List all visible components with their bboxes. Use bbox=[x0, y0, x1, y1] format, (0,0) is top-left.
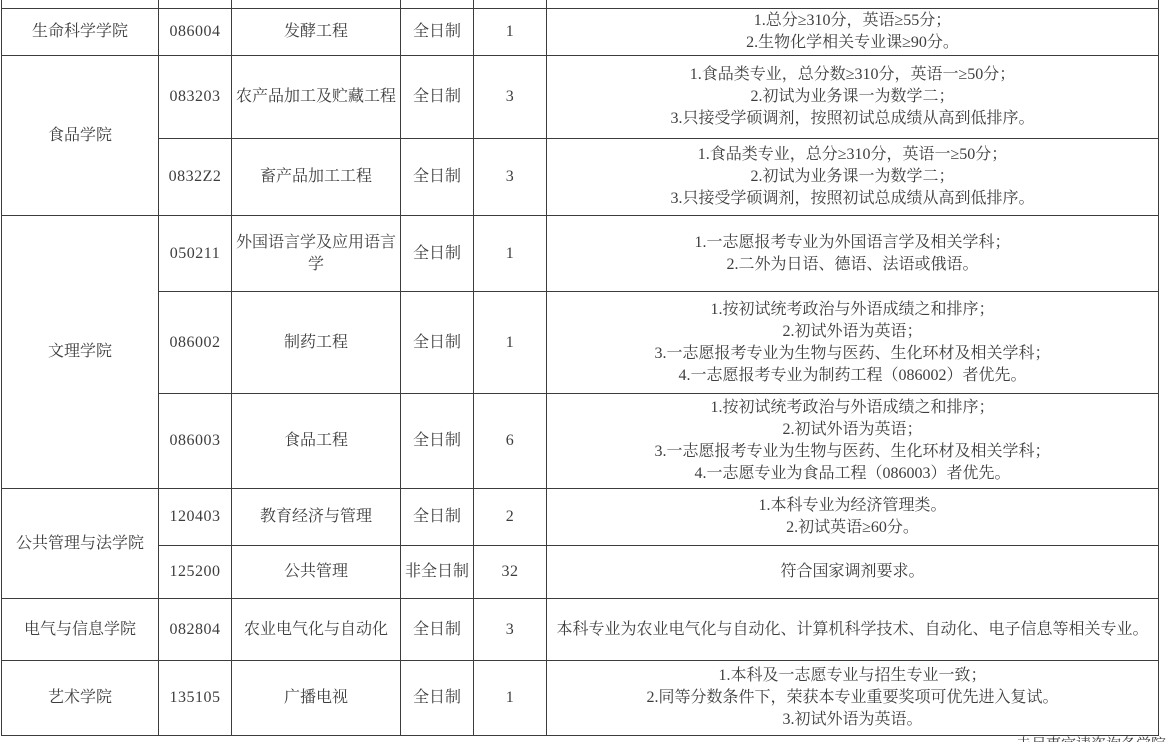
mode-cell: 全日制 bbox=[401, 489, 474, 546]
notes-cell: 本科专业为农业电气化与自动化、计算机科学技术、自动化、电子信息等相关专业。 bbox=[547, 599, 1159, 661]
clipped-cell bbox=[2, 0, 159, 9]
code-cell: 135105 bbox=[159, 661, 232, 736]
major-cell: 教育经济与管理 bbox=[232, 489, 401, 546]
mode-cell: 全日制 bbox=[401, 139, 474, 216]
notes-cell: 1.按初试统考政治与外语成绩之和排序； 2.初试外语为英语； 3.一志愿报考专业… bbox=[547, 394, 1159, 489]
note-line: 2.初试外语为英语； bbox=[550, 321, 1155, 343]
table-row: 125200 公共管理 非全日制 32 符合国家调剂要求。 bbox=[2, 546, 1159, 599]
major-cell: 发酵工程 bbox=[232, 9, 401, 56]
college-cell: 电气与信息学院 bbox=[2, 599, 159, 661]
notes-cell: 符合国家调剂要求。 bbox=[547, 546, 1159, 599]
clipped-cell bbox=[232, 0, 401, 9]
note-line: 1.食品类专业，总分数≥310分，英语一≥50分； bbox=[550, 64, 1155, 86]
major-cell: 食品工程 bbox=[232, 394, 401, 489]
code-cell: 086002 bbox=[159, 292, 232, 394]
college-cell: 食品学院 bbox=[2, 56, 159, 216]
note-line: 2.初试英语≥60分。 bbox=[550, 517, 1155, 539]
college-cell: 公共管理与法学院 bbox=[2, 489, 159, 599]
code-cell: 086004 bbox=[159, 9, 232, 56]
clipped-cell bbox=[159, 0, 232, 9]
note-line: 2.二外为日语、德语、法语或俄语。 bbox=[550, 254, 1155, 276]
clipped-cell bbox=[401, 0, 474, 9]
quota-cell: 32 bbox=[474, 546, 547, 599]
quota-cell: 2 bbox=[474, 489, 547, 546]
quota-cell: 1 bbox=[474, 661, 547, 736]
table-row: 0832Z2 畜产品加工工程 全日制 3 1.食品类专业，总分≥310分，英语一… bbox=[2, 139, 1159, 216]
notes-cell: 1.食品类专业，总分数≥310分，英语一≥50分； 2.初试为业务课一为数学二；… bbox=[547, 56, 1159, 139]
major-cell: 农产品加工及贮藏工程 bbox=[232, 56, 401, 139]
note-line: 2.初试为业务课一为数学二； bbox=[550, 166, 1155, 188]
mode-cell: 全日制 bbox=[401, 661, 474, 736]
note-line: 1.本科及一志愿专业与招生专业一致； bbox=[550, 665, 1155, 687]
major-cell: 农业电气化与自动化 bbox=[232, 599, 401, 661]
quota-cell: 3 bbox=[474, 56, 547, 139]
note-line: 1.总分≥310分，英语≥55分； bbox=[550, 10, 1155, 32]
code-cell: 125200 bbox=[159, 546, 232, 599]
note-line: 1.本科专业为经济管理类。 bbox=[550, 495, 1155, 517]
mode-cell: 全日制 bbox=[401, 599, 474, 661]
quota-cell: 3 bbox=[474, 599, 547, 661]
note-line: 1.一志愿报考专业为外国语言学及相关学科； bbox=[550, 232, 1155, 254]
adjustment-table: 生命科学学院 086004 发酵工程 全日制 1 1.总分≥310分，英语≥55… bbox=[1, 0, 1159, 736]
table-row: 086002 制药工程 全日制 1 1.按初试统考政治与外语成绩之和排序； 2.… bbox=[2, 292, 1159, 394]
mode-cell: 全日制 bbox=[401, 9, 474, 56]
code-cell: 0832Z2 bbox=[159, 139, 232, 216]
code-cell: 050211 bbox=[159, 216, 232, 292]
code-cell: 082804 bbox=[159, 599, 232, 661]
clipped-footer-note: 未尽事宜请咨询各学院 bbox=[1016, 736, 1166, 742]
table-row-clipped-top bbox=[2, 0, 1159, 9]
quota-cell: 1 bbox=[474, 216, 547, 292]
note-line: 符合国家调剂要求。 bbox=[550, 561, 1155, 583]
quota-cell: 6 bbox=[474, 394, 547, 489]
quota-cell: 1 bbox=[474, 292, 547, 394]
table-row: 食品学院 083203 农产品加工及贮藏工程 全日制 3 1.食品类专业，总分数… bbox=[2, 56, 1159, 139]
note-line: 4.一志愿报考专业为制药工程（086002）者优先。 bbox=[550, 365, 1155, 387]
major-cell: 畜产品加工工程 bbox=[232, 139, 401, 216]
college-cell: 文理学院 bbox=[2, 216, 159, 489]
mode-cell: 全日制 bbox=[401, 56, 474, 139]
code-cell: 086003 bbox=[159, 394, 232, 489]
note-line: 3.只接受学硕调剂，按照初试总成绩从高到低排序。 bbox=[550, 188, 1155, 210]
notes-cell: 1.按初试统考政治与外语成绩之和排序； 2.初试外语为英语； 3.一志愿报考专业… bbox=[547, 292, 1159, 394]
major-cell: 外国语言学及应用语言学 bbox=[232, 216, 401, 292]
college-cell: 生命科学学院 bbox=[2, 9, 159, 56]
page: 生命科学学院 086004 发酵工程 全日制 1 1.总分≥310分，英语≥55… bbox=[0, 0, 1170, 742]
note-line: 2.生物化学相关专业课≥90分。 bbox=[550, 32, 1155, 54]
table-row: 公共管理与法学院 120403 教育经济与管理 全日制 2 1.本科专业为经济管… bbox=[2, 489, 1159, 546]
note-line: 1.食品类专业，总分≥310分，英语一≥50分； bbox=[550, 144, 1155, 166]
notes-cell: 1.本科专业为经济管理类。 2.初试英语≥60分。 bbox=[547, 489, 1159, 546]
note-line: 2.初试外语为英语； bbox=[550, 419, 1155, 441]
mode-cell: 全日制 bbox=[401, 292, 474, 394]
table-row: 086003 食品工程 全日制 6 1.按初试统考政治与外语成绩之和排序； 2.… bbox=[2, 394, 1159, 489]
note-line: 2.初试为业务课一为数学二； bbox=[550, 86, 1155, 108]
table-row: 艺术学院 135105 广播电视 全日制 1 1.本科及一志愿专业与招生专业一致… bbox=[2, 661, 1159, 736]
quota-cell: 1 bbox=[474, 9, 547, 56]
note-line: 3.一志愿报考专业为生物与医药、生化环材及相关学科； bbox=[550, 343, 1155, 365]
major-cell: 公共管理 bbox=[232, 546, 401, 599]
table-row: 电气与信息学院 082804 农业电气化与自动化 全日制 3 本科专业为农业电气… bbox=[2, 599, 1159, 661]
note-line: 本科专业为农业电气化与自动化、计算机科学技术、自动化、电子信息等相关专业。 bbox=[550, 619, 1155, 641]
mode-cell: 全日制 bbox=[401, 394, 474, 489]
notes-cell: 1.食品类专业，总分≥310分，英语一≥50分； 2.初试为业务课一为数学二； … bbox=[547, 139, 1159, 216]
clipped-cell bbox=[547, 0, 1159, 9]
notes-cell: 1.总分≥310分，英语≥55分； 2.生物化学相关专业课≥90分。 bbox=[547, 9, 1159, 56]
note-line: 2.同等分数条件下，荣获本专业重要奖项可优先进入复试。 bbox=[550, 687, 1155, 709]
note-line: 1.按初试统考政治与外语成绩之和排序； bbox=[550, 299, 1155, 321]
note-line: 3.一志愿报考专业为生物与医药、生化环材及相关学科； bbox=[550, 441, 1155, 463]
notes-cell: 1.一志愿报考专业为外国语言学及相关学科； 2.二外为日语、德语、法语或俄语。 bbox=[547, 216, 1159, 292]
note-line: 4.一志愿专业为食品工程（086003）者优先。 bbox=[550, 463, 1155, 485]
major-cell: 制药工程 bbox=[232, 292, 401, 394]
note-line: 1.按初试统考政治与外语成绩之和排序； bbox=[550, 397, 1155, 419]
mode-cell: 非全日制 bbox=[401, 546, 474, 599]
college-cell: 艺术学院 bbox=[2, 661, 159, 736]
note-line: 3.初试外语为英语。 bbox=[550, 709, 1155, 731]
table-row: 文理学院 050211 外国语言学及应用语言学 全日制 1 1.一志愿报考专业为… bbox=[2, 216, 1159, 292]
clipped-cell bbox=[474, 0, 547, 9]
code-cell: 083203 bbox=[159, 56, 232, 139]
major-cell: 广播电视 bbox=[232, 661, 401, 736]
note-line: 3.只接受学硕调剂，按照初试总成绩从高到低排序。 bbox=[550, 108, 1155, 130]
table-row: 生命科学学院 086004 发酵工程 全日制 1 1.总分≥310分，英语≥55… bbox=[2, 9, 1159, 56]
notes-cell: 1.本科及一志愿专业与招生专业一致； 2.同等分数条件下，荣获本专业重要奖项可优… bbox=[547, 661, 1159, 736]
mode-cell: 全日制 bbox=[401, 216, 474, 292]
code-cell: 120403 bbox=[159, 489, 232, 546]
quota-cell: 3 bbox=[474, 139, 547, 216]
